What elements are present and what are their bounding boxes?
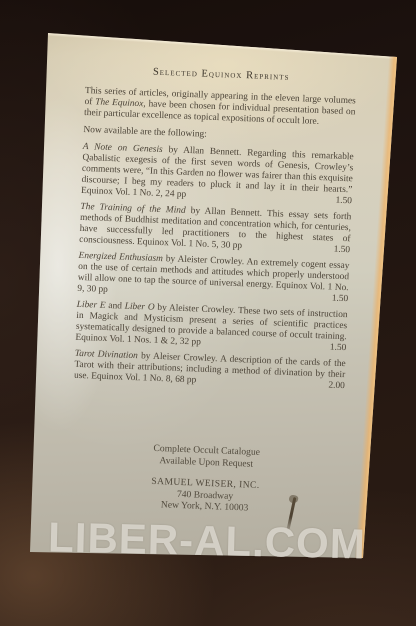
page-edge-highlight-right: [355, 54, 398, 559]
catalogue-note: Complete Occult Catalogue Available Upon…: [71, 440, 343, 474]
page-title: Selected Equinox Reprints: [86, 64, 357, 85]
catalog-entry-4: Liber E and Liber O by Aleister Crowley.…: [75, 300, 347, 354]
entry-connector: and: [105, 301, 124, 312]
catalog-entry-5: Tarot Divination by Aleiser Crowley. A d…: [74, 349, 346, 392]
intro-paragraph: This series of articles, originally appe…: [84, 86, 356, 129]
entry-title-2: Liber O: [124, 302, 154, 313]
intro-italic-title: The Equinox: [95, 97, 144, 109]
entry-price: 1.50: [332, 294, 349, 306]
page-edge-highlight-top: [48, 33, 399, 60]
publisher-block: SAMUEL WEISER, INC. 740 Broadway New Yor…: [69, 473, 341, 518]
entry-price: 1.50: [330, 343, 347, 355]
catalog-entry-1: A Note on Genesis by Allan Bennett. Rega…: [81, 142, 354, 207]
entry-title: Liber E: [77, 300, 106, 311]
photo-background: Selected Equinox Reprints This series of…: [0, 0, 416, 626]
entry-price: 2.00: [328, 381, 345, 393]
catalog-entry-3: Energized Enthusiasm by Aleister Crowley…: [77, 251, 349, 305]
site-watermark: LIBER-AL.COM: [48, 513, 367, 568]
printed-text-block: Selected Equinox Reprints This series of…: [69, 64, 357, 518]
entry-price: 1.50: [335, 196, 352, 208]
entry-price: 1.50: [333, 245, 350, 257]
catalog-entry-2: The Training of the Mind by Allan Bennet…: [79, 202, 351, 256]
